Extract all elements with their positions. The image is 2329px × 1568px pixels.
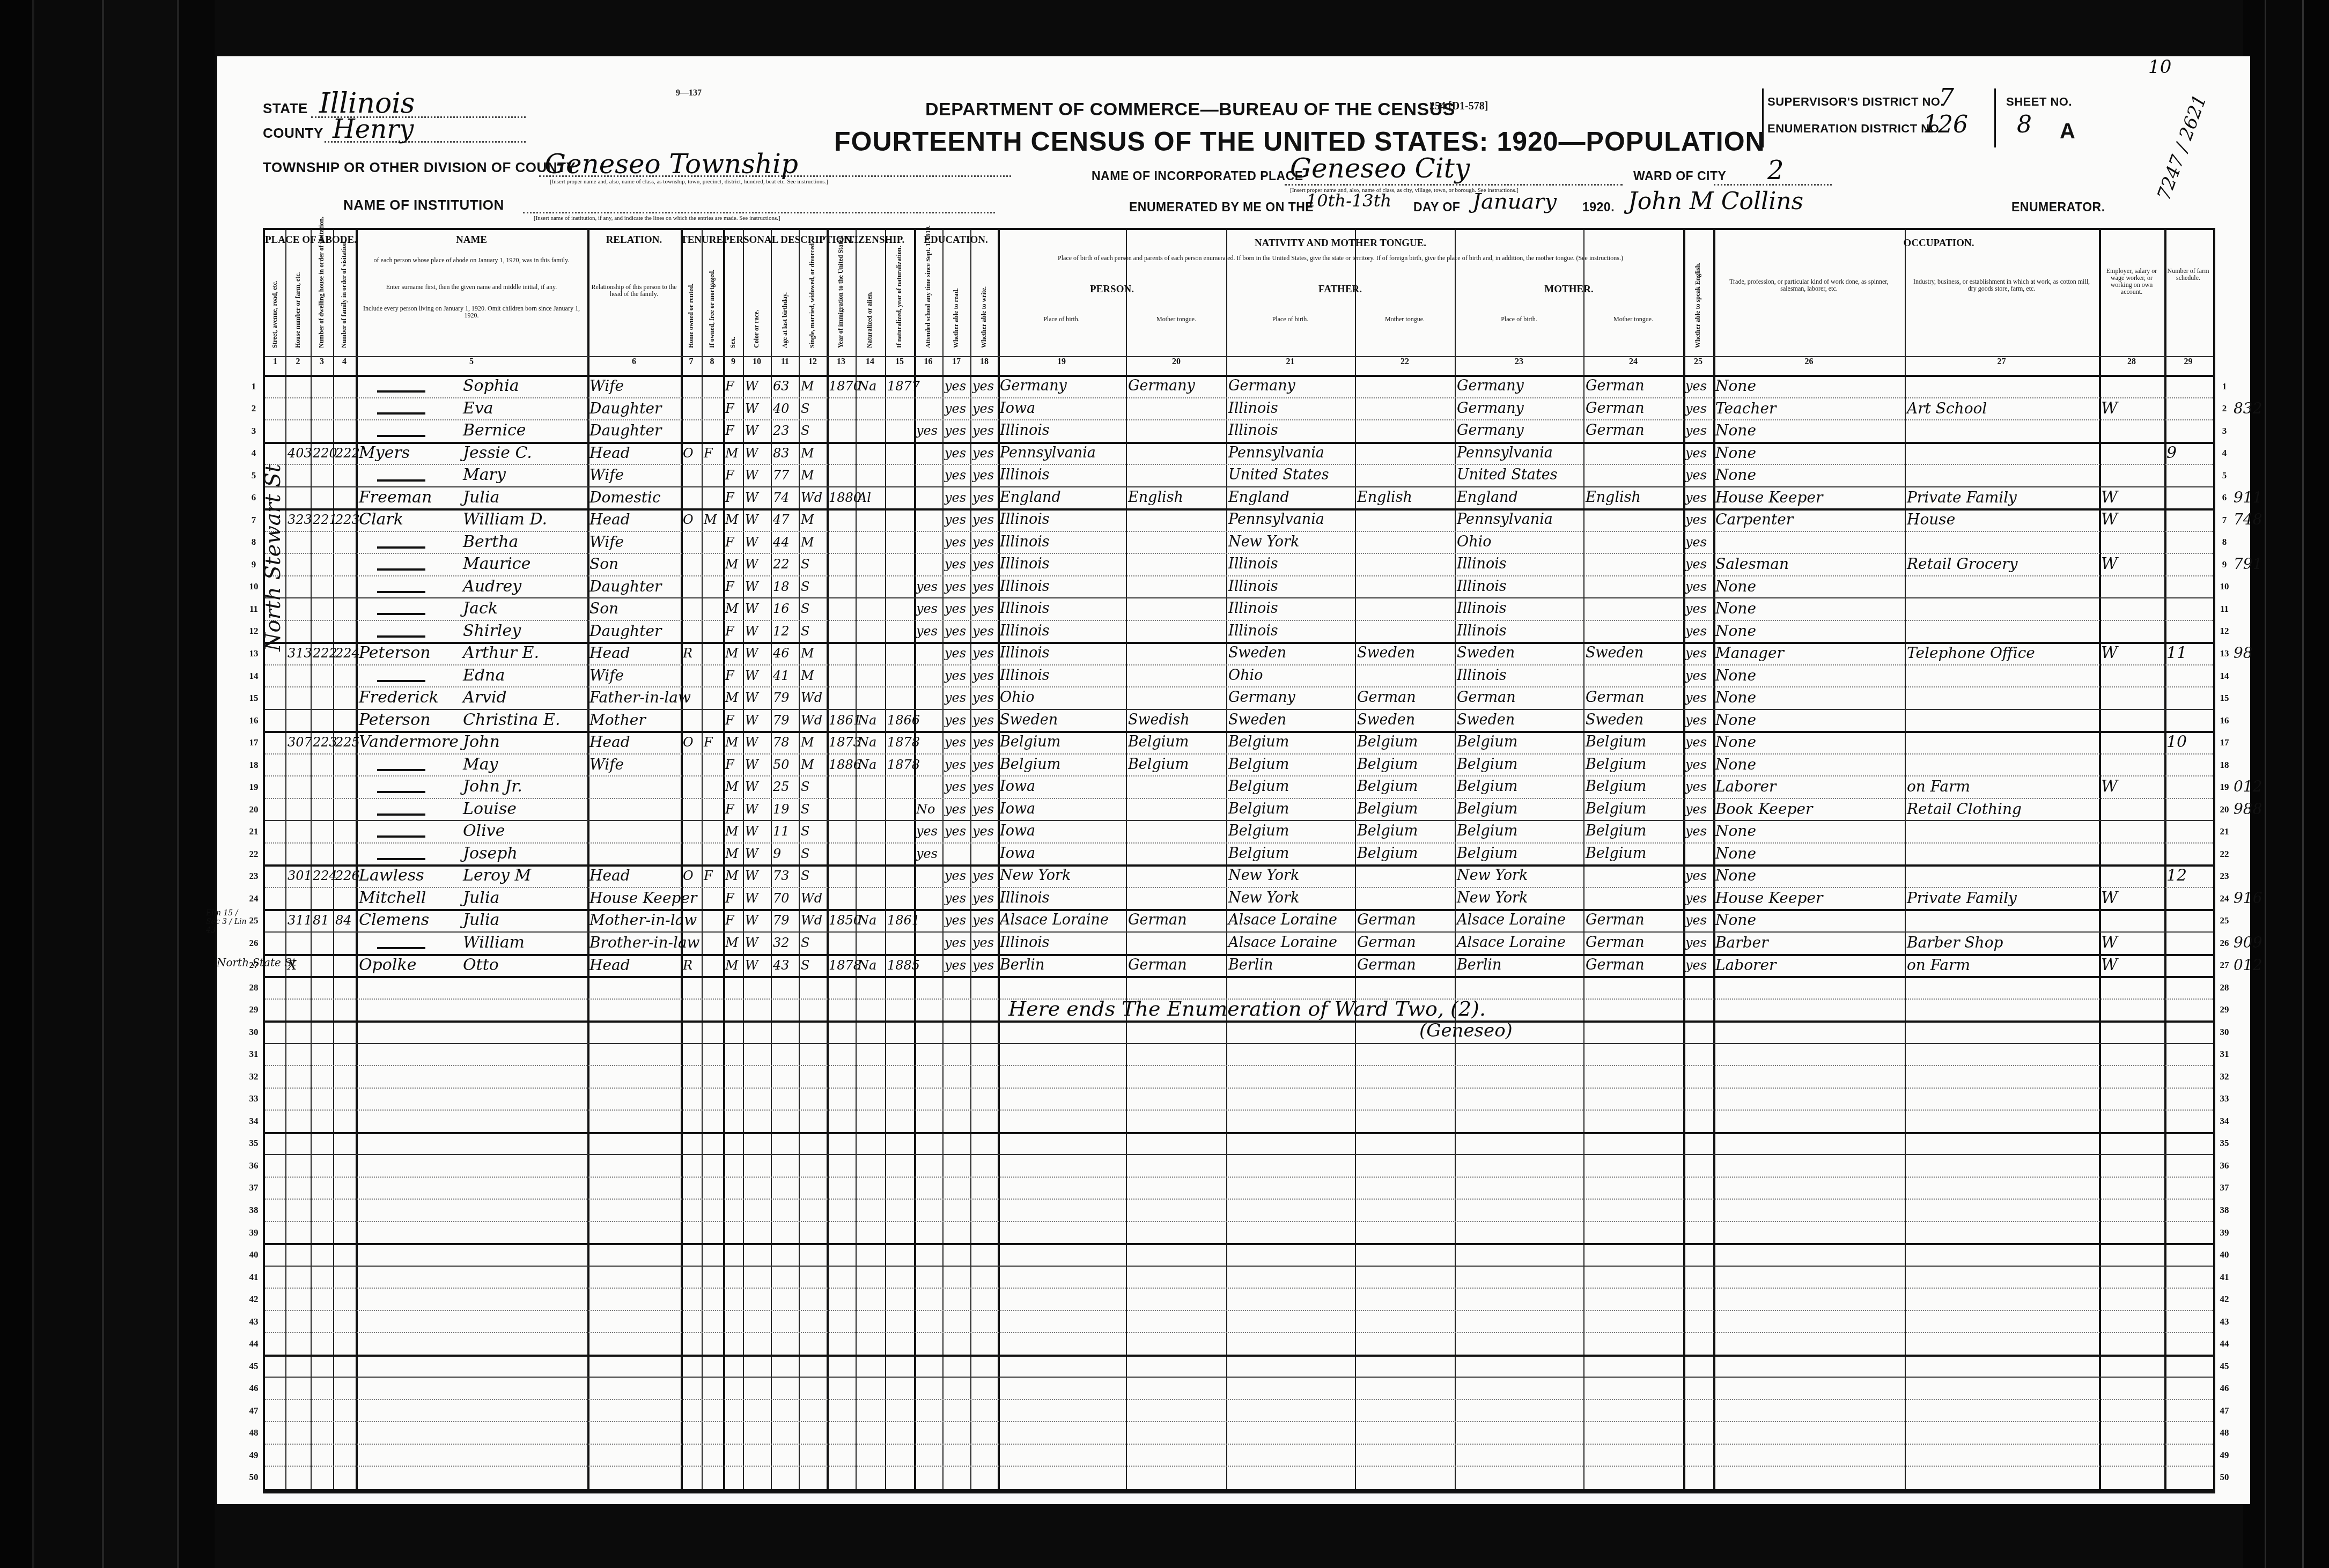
write-cell: yes bbox=[972, 823, 994, 839]
marital-cell: M bbox=[801, 534, 814, 550]
industry-header: Industry, business, or establishment in … bbox=[1909, 278, 2094, 292]
english-cell: yes bbox=[1685, 378, 1707, 394]
farm-cell: 11 bbox=[2166, 645, 2187, 661]
census-sheet: STATE Illinois COUNTY Henry TOWNSHIP OR … bbox=[217, 56, 2250, 1504]
relation-cell: Mother-in-law bbox=[589, 912, 697, 928]
table-row: BerniceDaughterFW23SyesyesyesIllinoisIll… bbox=[265, 421, 2213, 442]
pob-cell: Iowa bbox=[1000, 801, 1035, 817]
age-cell: 79 bbox=[773, 712, 790, 728]
line-number: 11 bbox=[2216, 604, 2232, 615]
row-divider bbox=[265, 1199, 2213, 1200]
m-tongue-cell: English bbox=[1586, 490, 1641, 506]
form-number: 9—137 bbox=[676, 88, 702, 98]
sex-cell: M bbox=[725, 957, 739, 973]
line-number: 37 bbox=[2216, 1182, 2232, 1193]
vertical-header-school: Attended school any time since Sept. 1, … bbox=[924, 262, 932, 348]
english-cell: yes bbox=[1685, 623, 1707, 639]
english-cell: yes bbox=[1685, 690, 1707, 706]
house-cell: 403 bbox=[288, 445, 312, 461]
pob-cell: Illinois bbox=[1000, 512, 1050, 528]
line-number: 42 bbox=[2216, 1294, 2232, 1305]
nat-cell: Na bbox=[858, 712, 876, 728]
table-row: FreemanJuliaDomesticFW74Wd1880AlyesyesEn… bbox=[265, 489, 2213, 509]
f-pob-cell: Illinois bbox=[1228, 401, 1278, 417]
race-cell: W bbox=[745, 779, 758, 795]
nat-year-cell: 1878 bbox=[887, 734, 920, 750]
age-cell: 18 bbox=[773, 579, 790, 595]
sex-cell: F bbox=[725, 890, 734, 906]
table-row: EdnaWifeFW41MyesyesIllinoisOhioIllinoisy… bbox=[265, 667, 2213, 687]
line-number: 31 bbox=[2216, 1049, 2232, 1060]
english-cell: yes bbox=[1685, 779, 1707, 795]
table-row: MyersJessie C.403220222HeadOFMW83Myesyes… bbox=[265, 444, 2213, 464]
mortgage-cell: M bbox=[704, 512, 717, 528]
race-cell: W bbox=[745, 734, 758, 750]
row-divider bbox=[265, 486, 2213, 487]
english-cell: yes bbox=[1685, 556, 1707, 572]
immig-cell: 1850 bbox=[829, 912, 861, 928]
state-label: STATE bbox=[263, 100, 308, 117]
group-person: PERSON. bbox=[998, 284, 1226, 295]
age-cell: 19 bbox=[773, 801, 790, 817]
row-divider bbox=[265, 1288, 2213, 1289]
read-cell: yes bbox=[945, 823, 966, 839]
column-number: 26 bbox=[1799, 357, 1820, 367]
line-number: 44 bbox=[2216, 1338, 2232, 1349]
column-number: 23 bbox=[1508, 357, 1530, 367]
age-cell: 78 bbox=[773, 734, 790, 750]
vertical-header-nat_year: If naturalized, year of naturalization. bbox=[895, 262, 903, 348]
supervisor-label: SUPERVISOR'S DISTRICT NO. bbox=[1767, 95, 1944, 109]
ditto-surname-dash bbox=[377, 947, 425, 949]
trade-cell: House Keeper bbox=[1715, 890, 1823, 906]
table-row: BerthaWifeFW44MyesyesIllinoisNew YorkOhi… bbox=[265, 533, 2213, 553]
employer-cell: W bbox=[2101, 779, 2118, 795]
pob-cell: Illinois bbox=[1000, 935, 1050, 951]
line-number: 2 bbox=[246, 403, 262, 414]
place-of-birth-header: Place of birth. bbox=[1226, 316, 1354, 323]
f-tongue-cell: Belgium bbox=[1357, 757, 1418, 773]
race-cell: W bbox=[745, 801, 758, 817]
marital-cell: M bbox=[801, 757, 814, 773]
trade-cell: None bbox=[1715, 445, 1756, 461]
line-number: 16 bbox=[2216, 715, 2232, 726]
house-cell: 307 bbox=[288, 734, 312, 750]
race-cell: W bbox=[745, 423, 758, 439]
county-label: COUNTY bbox=[263, 125, 323, 142]
race-cell: W bbox=[745, 534, 758, 550]
line-number: 30 bbox=[246, 1027, 262, 1038]
column-number: 28 bbox=[2121, 357, 2142, 367]
column-number: 14 bbox=[859, 357, 881, 367]
trade-cell: None bbox=[1715, 623, 1756, 639]
school-cell: yes bbox=[916, 423, 938, 439]
row-divider bbox=[265, 1154, 2213, 1155]
relation-cell: Wife bbox=[589, 534, 624, 550]
employer-cell: W bbox=[2101, 512, 2118, 528]
street-name-margin: North Stewart St bbox=[261, 464, 285, 651]
line-number: 15 bbox=[2216, 693, 2232, 704]
line-number: 45 bbox=[2216, 1361, 2232, 1372]
write-cell: yes bbox=[972, 601, 994, 617]
line-number: 20 bbox=[2216, 804, 2232, 815]
column-number: 16 bbox=[918, 357, 939, 367]
school-cell: yes bbox=[916, 579, 938, 595]
given-name-cell: Jack bbox=[463, 601, 498, 617]
row-divider bbox=[265, 1377, 2213, 1378]
f-tongue-cell: German bbox=[1357, 690, 1416, 706]
row-divider bbox=[265, 531, 2213, 532]
column-number: 15 bbox=[889, 357, 910, 367]
family-cell: 223 bbox=[335, 512, 360, 528]
surname-cell: Myers bbox=[359, 445, 410, 461]
f-pob-cell: Germany bbox=[1228, 690, 1295, 706]
f-pob-cell: United States bbox=[1228, 467, 1329, 483]
table-row: MaryWifeFW77MyesyesIllinoisUnited States… bbox=[265, 466, 2213, 486]
row-divider bbox=[265, 1421, 2213, 1422]
age-cell: 11 bbox=[773, 823, 790, 839]
pob-cell: Illinois bbox=[1000, 623, 1050, 639]
english-cell: yes bbox=[1685, 579, 1707, 595]
margin-annotation: 791 bbox=[2234, 555, 2262, 573]
vertical-header-read: Whether able to read. bbox=[952, 262, 960, 348]
column-number: 4 bbox=[334, 357, 355, 367]
row-divider bbox=[265, 1065, 2213, 1066]
immig-cell: 1873 bbox=[829, 734, 861, 750]
race-cell: W bbox=[745, 846, 758, 862]
line-number: 17 bbox=[2216, 737, 2232, 748]
line-number: 46 bbox=[2216, 1383, 2232, 1394]
f-pob-cell: Illinois bbox=[1228, 601, 1278, 617]
age-cell: 83 bbox=[773, 445, 790, 461]
house-cell: 313 bbox=[288, 645, 312, 661]
relation-cell: Head bbox=[589, 734, 630, 750]
age-cell: 70 bbox=[773, 890, 790, 906]
given-name-cell: Julia bbox=[463, 490, 499, 506]
write-cell: yes bbox=[972, 868, 994, 884]
owned-cell: O bbox=[683, 868, 694, 884]
f-pob-cell: New York bbox=[1228, 534, 1299, 550]
read-cell: yes bbox=[945, 890, 966, 906]
line-number: 21 bbox=[2216, 826, 2232, 837]
row-divider bbox=[265, 976, 2213, 978]
row-divider bbox=[265, 1310, 2213, 1311]
age-cell: 63 bbox=[773, 378, 790, 394]
pob-cell: Illinois bbox=[1000, 423, 1050, 439]
pob-cell: Iowa bbox=[1000, 823, 1035, 839]
industry-cell: on Farm bbox=[1907, 957, 1970, 973]
f-tongue-cell: German bbox=[1357, 912, 1416, 928]
english-cell: yes bbox=[1685, 957, 1707, 973]
nat-cell: Na bbox=[858, 912, 876, 928]
line-number: 43 bbox=[246, 1316, 262, 1327]
row-divider bbox=[265, 597, 2213, 598]
enumeration-district-value: 126 bbox=[1923, 111, 1968, 138]
row-divider bbox=[265, 575, 2213, 576]
column-number: 11 bbox=[775, 357, 796, 367]
line-number: 20 bbox=[246, 804, 262, 815]
line-number: 8 bbox=[246, 537, 262, 548]
given-name-cell: Eva bbox=[463, 401, 493, 417]
tongue-cell: German bbox=[1128, 912, 1187, 928]
relation-cell: Mother bbox=[589, 712, 646, 728]
column-number: 20 bbox=[1166, 357, 1187, 367]
line-number: 26 bbox=[246, 938, 262, 949]
m-tongue-cell: German bbox=[1586, 378, 1645, 394]
owned-cell: R bbox=[683, 957, 692, 973]
given-name-cell: Julia bbox=[463, 912, 499, 928]
enumeration-district-label: ENUMERATION DISTRICT NO. bbox=[1767, 122, 1943, 136]
english-cell: yes bbox=[1685, 534, 1707, 550]
pob-cell: New York bbox=[1000, 868, 1071, 884]
line-number: 7 bbox=[2216, 515, 2232, 526]
row-divider bbox=[265, 1466, 2213, 1467]
table-row: VandermoreJohn307223225HeadOFMW78M1873Na… bbox=[265, 733, 2213, 753]
given-name-cell: Mary bbox=[463, 467, 506, 483]
line-number: 22 bbox=[2216, 849, 2232, 860]
surname-cell: Peterson bbox=[359, 712, 431, 728]
industry-cell: Art School bbox=[1907, 401, 1987, 417]
race-cell: W bbox=[745, 601, 758, 617]
sex-cell: F bbox=[725, 401, 734, 417]
marital-cell: S bbox=[801, 779, 809, 795]
township-value: Geneseo Township bbox=[544, 149, 798, 180]
row-divider bbox=[265, 798, 2213, 799]
table-row: PetersonChristina E.MotherFW79Wd1861Na18… bbox=[265, 711, 2213, 731]
employer-cell: W bbox=[2101, 401, 2118, 417]
write-cell: yes bbox=[972, 645, 994, 661]
relation-desc: Relationship of this person to the head … bbox=[591, 284, 677, 298]
row-divider bbox=[265, 1332, 2213, 1333]
ditto-surname-dash bbox=[377, 813, 425, 816]
race-cell: W bbox=[745, 868, 758, 884]
nat-year-cell: 1861 bbox=[887, 912, 920, 928]
column-number: 1 bbox=[264, 357, 286, 367]
group-relation: RELATION. bbox=[587, 234, 681, 246]
line-number: 23 bbox=[2216, 871, 2232, 882]
line-number: 42 bbox=[246, 1294, 262, 1305]
trade-cell: None bbox=[1715, 668, 1756, 684]
immig-cell: 1886 bbox=[829, 757, 861, 773]
surname-cell: Vandermore bbox=[359, 734, 459, 750]
write-cell: yes bbox=[972, 490, 994, 506]
sex-cell: F bbox=[725, 423, 734, 439]
ditto-surname-dash bbox=[377, 546, 425, 549]
margin-annotation: 911 bbox=[2234, 489, 2262, 506]
marital-cell: M bbox=[801, 378, 814, 394]
write-cell: yes bbox=[972, 534, 994, 550]
group-father: FATHER. bbox=[1226, 284, 1454, 295]
family-cell: 222 bbox=[335, 445, 360, 461]
ditto-surname-dash bbox=[377, 435, 425, 437]
trade-cell: None bbox=[1715, 423, 1756, 439]
pob-cell: Belgium bbox=[1000, 734, 1060, 750]
line-number: 39 bbox=[246, 1227, 262, 1238]
table-row: WilliamBrother-in-lawMW32SyesyesIllinois… bbox=[265, 934, 2213, 954]
industry-cell: Retail Grocery bbox=[1907, 556, 2017, 572]
english-cell: yes bbox=[1685, 712, 1707, 728]
ditto-surname-dash bbox=[377, 835, 425, 838]
row-divider bbox=[265, 1243, 2213, 1245]
table-row: MauriceSonMW22SyesyesIllinoisIllinoisIll… bbox=[265, 555, 2213, 575]
write-cell: yes bbox=[972, 801, 994, 817]
tongue-cell: Belgium bbox=[1128, 734, 1189, 750]
m-tongue-cell: Belgium bbox=[1586, 801, 1646, 817]
m-tongue-cell: Belgium bbox=[1586, 734, 1646, 750]
line-number: 18 bbox=[2216, 760, 2232, 771]
m-pob-cell: Belgium bbox=[1457, 823, 1517, 839]
given-name-cell: Jessie C. bbox=[463, 445, 532, 461]
ditto-surname-dash bbox=[377, 791, 425, 793]
read-cell: yes bbox=[945, 423, 966, 439]
age-cell: 25 bbox=[773, 779, 790, 795]
english-cell: yes bbox=[1685, 445, 1707, 461]
english-cell: yes bbox=[1685, 645, 1707, 661]
given-name-cell: Christina E. bbox=[463, 712, 560, 728]
relation-cell: Wife bbox=[589, 378, 624, 394]
english-cell: yes bbox=[1685, 757, 1707, 773]
column-number: 12 bbox=[802, 357, 823, 367]
read-cell: yes bbox=[945, 601, 966, 617]
trade-cell: None bbox=[1715, 757, 1756, 773]
f-pob-cell: New York bbox=[1228, 868, 1299, 884]
employer-cell: W bbox=[2101, 935, 2118, 951]
f-tongue-cell: Belgium bbox=[1357, 801, 1418, 817]
trade-cell: Laborer bbox=[1715, 779, 1776, 795]
read-cell: yes bbox=[945, 512, 966, 528]
f-pob-cell: New York bbox=[1228, 890, 1299, 906]
margin-annotation: 916 bbox=[2234, 889, 2262, 907]
english-cell: yes bbox=[1685, 801, 1707, 817]
tongue-cell: German bbox=[1128, 957, 1187, 973]
f-pob-cell: Pennsylvania bbox=[1228, 512, 1324, 528]
age-cell: 73 bbox=[773, 868, 790, 884]
m-tongue-cell: Belgium bbox=[1586, 779, 1646, 795]
sheet-value: 8 bbox=[2017, 111, 2032, 138]
trade-cell: None bbox=[1715, 601, 1756, 617]
marital-cell: S bbox=[801, 823, 809, 839]
pob-cell: Illinois bbox=[1000, 645, 1050, 661]
race-cell: W bbox=[745, 957, 758, 973]
english-cell: yes bbox=[1685, 890, 1707, 906]
vertical-header-owned: Home owned or rented. bbox=[687, 262, 695, 348]
industry-cell: Private Family bbox=[1907, 890, 2017, 906]
f-pob-cell: Illinois bbox=[1228, 579, 1278, 595]
supervisor-value: 7 bbox=[1939, 84, 1954, 112]
table-row: JosephMW9SyesIowaBelgiumBelgiumBelgiumBe… bbox=[265, 845, 2213, 865]
line-number: 40 bbox=[2216, 1249, 2232, 1260]
line-number: 34 bbox=[2216, 1116, 2232, 1127]
name-desc-1: of each person whose place of abode on J… bbox=[361, 257, 582, 264]
ditto-surname-dash bbox=[377, 858, 425, 860]
m-pob-cell: Alsace Loraine bbox=[1457, 912, 1566, 928]
row-divider bbox=[265, 1020, 2213, 1023]
pob-cell: Belgium bbox=[1000, 757, 1060, 773]
write-cell: yes bbox=[972, 512, 994, 528]
line-number: 48 bbox=[246, 1428, 262, 1438]
relation-cell: Son bbox=[589, 556, 618, 572]
m-tongue-cell: Sweden bbox=[1586, 645, 1643, 661]
marital-cell: S bbox=[801, 579, 809, 595]
line-number: 23 bbox=[246, 871, 262, 882]
line-number: 36 bbox=[2216, 1160, 2232, 1171]
english-cell: yes bbox=[1685, 467, 1707, 483]
race-cell: W bbox=[745, 490, 758, 506]
line-number: 9 bbox=[2216, 559, 2232, 570]
marital-cell: M bbox=[801, 445, 814, 461]
age-cell: 22 bbox=[773, 556, 790, 572]
trade-cell: None bbox=[1715, 868, 1756, 884]
line-number: 41 bbox=[2216, 1272, 2232, 1283]
f-tongue-cell: Belgium bbox=[1357, 846, 1418, 862]
dwelling-cell: 224 bbox=[313, 868, 337, 884]
line-number: 37 bbox=[246, 1182, 262, 1193]
row-divider bbox=[265, 820, 2213, 821]
ward-value: 2 bbox=[1767, 156, 1784, 186]
line-number: 4 bbox=[2216, 448, 2232, 458]
trade-cell: Teacher bbox=[1715, 401, 1776, 417]
age-cell: 12 bbox=[773, 623, 790, 639]
nat-year-cell: 1877 bbox=[887, 378, 920, 394]
f-pob-cell: Sweden bbox=[1228, 712, 1286, 728]
table-row: SophiaWifeFW63M1870Na1877yesyesGermanyGe… bbox=[265, 377, 2213, 397]
year-label: 1920. bbox=[1582, 200, 1615, 215]
pob-cell: Iowa bbox=[1000, 401, 1035, 417]
marital-cell: S bbox=[801, 601, 809, 617]
relation-cell: Wife bbox=[589, 757, 624, 773]
nat-cell: Na bbox=[858, 378, 876, 394]
race-cell: W bbox=[745, 579, 758, 595]
owned-cell: R bbox=[683, 645, 692, 661]
pob-cell: Germany bbox=[1000, 378, 1067, 394]
trade-cell: Book Keeper bbox=[1715, 801, 1812, 817]
f-pob-cell: Belgium bbox=[1228, 846, 1289, 862]
corner-number: 10 bbox=[2148, 56, 2171, 78]
read-cell: yes bbox=[945, 378, 966, 394]
column-number: 9 bbox=[723, 357, 744, 367]
pob-cell: Iowa bbox=[1000, 846, 1035, 862]
relation-cell: Head bbox=[589, 445, 630, 461]
row-divider bbox=[265, 1110, 2213, 1111]
table-row: ClemensJulia3118184Mother-in-lawFW79Wd18… bbox=[265, 911, 2213, 931]
vertical-header-sex: Sex. bbox=[729, 262, 737, 348]
m-pob-cell: Illinois bbox=[1457, 623, 1507, 639]
row-divider bbox=[265, 686, 2213, 687]
row-divider bbox=[265, 620, 2213, 621]
m-pob-cell: Illinois bbox=[1457, 601, 1507, 617]
given-name-cell: Louise bbox=[463, 801, 517, 817]
marital-cell: Wd bbox=[801, 490, 822, 506]
relation-cell: Wife bbox=[589, 668, 624, 684]
m-pob-cell: Belgium bbox=[1457, 846, 1517, 862]
english-cell: yes bbox=[1685, 401, 1707, 417]
street-margin-note: Elm 15 / Sec 3 / Lin 43 bbox=[206, 909, 249, 935]
line-number: 31 bbox=[246, 1049, 262, 1060]
row-divider bbox=[265, 1399, 2213, 1400]
group-tenure: TENURE. bbox=[681, 234, 723, 246]
m-tongue-cell: German bbox=[1586, 401, 1645, 417]
row-divider bbox=[265, 709, 2213, 710]
line-number: 6 bbox=[2216, 492, 2232, 503]
column-number: 29 bbox=[2178, 357, 2199, 367]
race-cell: W bbox=[745, 935, 758, 951]
m-pob-cell: Germany bbox=[1457, 423, 1524, 439]
f-tongue-cell: Belgium bbox=[1357, 779, 1418, 795]
read-cell: yes bbox=[945, 957, 966, 973]
f-pob-cell: Belgium bbox=[1228, 823, 1289, 839]
read-cell: yes bbox=[945, 868, 966, 884]
read-cell: yes bbox=[945, 579, 966, 595]
